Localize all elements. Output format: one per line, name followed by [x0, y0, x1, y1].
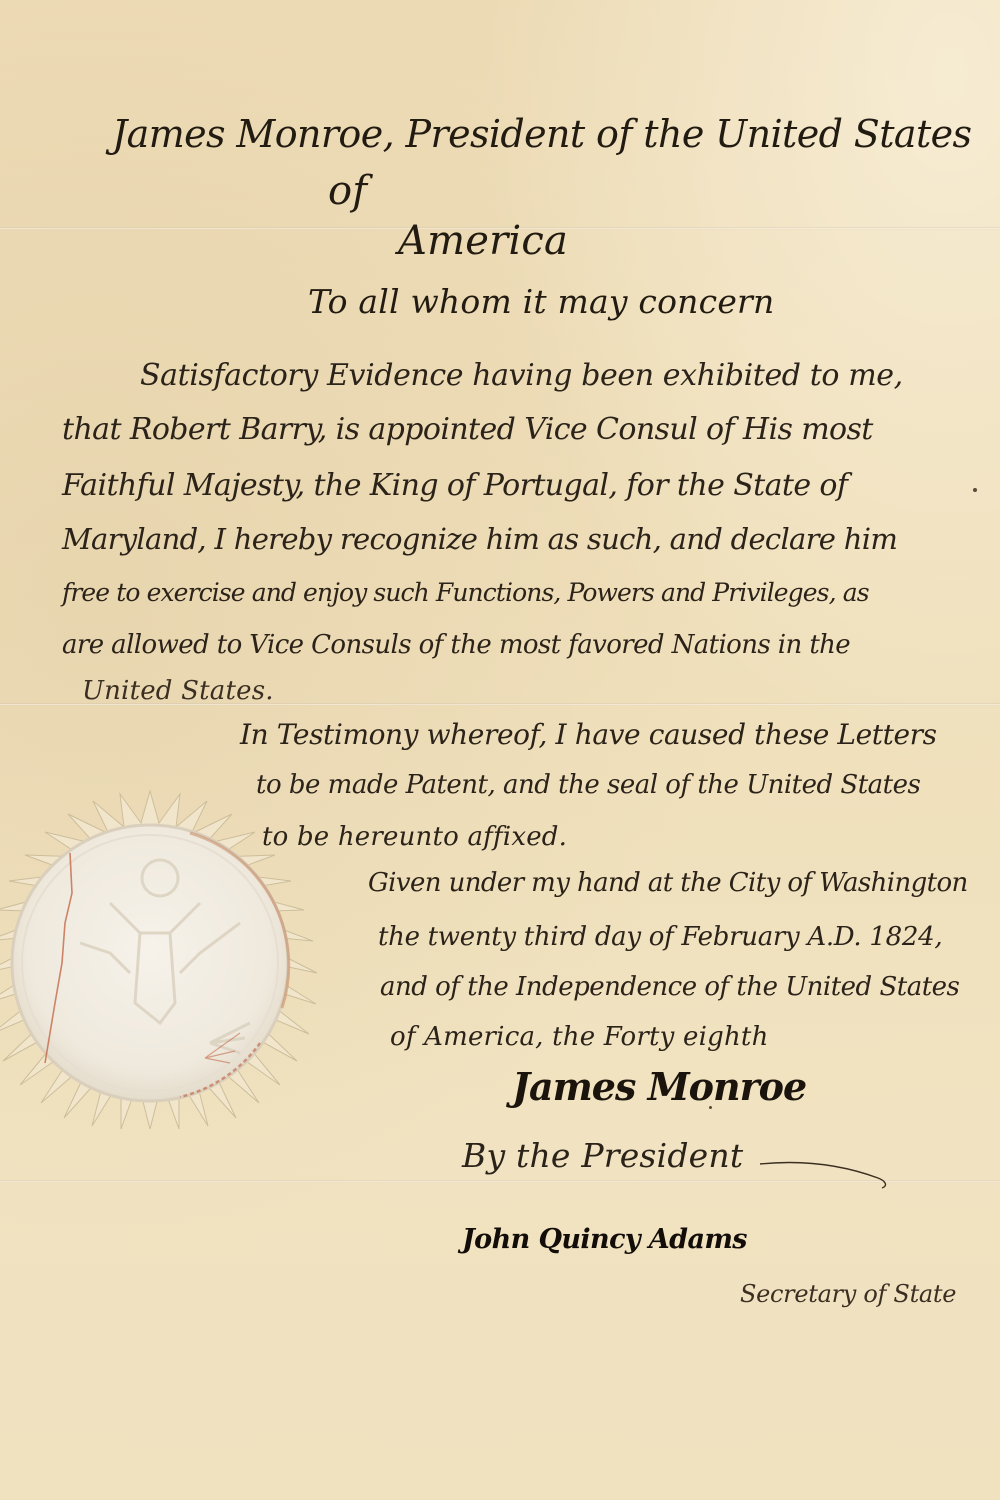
secretary-signature: John Quincy Adams [462, 1224, 747, 1255]
testimony-line-1: In Testimony whereof, I have caused thes… [240, 718, 937, 751]
salutation: To all whom it may concern [308, 282, 774, 321]
body-line-3: Faithful Majesty, the King of Portugal, … [62, 468, 847, 503]
secretary-title: Secretary of State [740, 1280, 956, 1308]
body-line-1: Satisfactory Evidence having been exhibi… [140, 358, 903, 393]
body-line-7: United States. [82, 676, 274, 706]
body-line-2: that Robert Barry, is appointed Vice Con… [62, 412, 873, 447]
heading-line-1: James Monroe, President of the United St… [112, 112, 971, 156]
dating-line-4: of America, the Forty eighth [390, 1022, 769, 1052]
document-page: James Monroe, President of the United St… [0, 0, 1000, 1500]
ink-dot [709, 1106, 712, 1109]
dating-line-3: and of the Independence of the United St… [380, 972, 959, 1002]
body-line-5: free to exercise and enjoy such Function… [62, 578, 869, 607]
dating-line-1: Given under my hand at the City of Washi… [368, 868, 968, 898]
seal-rays [0, 791, 317, 1129]
heading-line-2: of [328, 168, 367, 214]
body-line-4: Maryland, I hereby recognize him as such… [62, 522, 897, 556]
heading-line-3: America [398, 218, 568, 264]
ink-dot [973, 488, 977, 492]
president-signature: James Monroe [512, 1064, 806, 1109]
flourish-line [760, 1150, 900, 1190]
testimony-line-2: to be made Patent, and the seal of the U… [256, 770, 920, 800]
by-the-president: By the President [462, 1136, 743, 1175]
body-line-6: are allowed to Vice Consuls of the most … [62, 630, 850, 660]
great-seal-icon [0, 788, 325, 1138]
dating-line-2: the twenty third day of February A.D. 18… [378, 922, 942, 952]
